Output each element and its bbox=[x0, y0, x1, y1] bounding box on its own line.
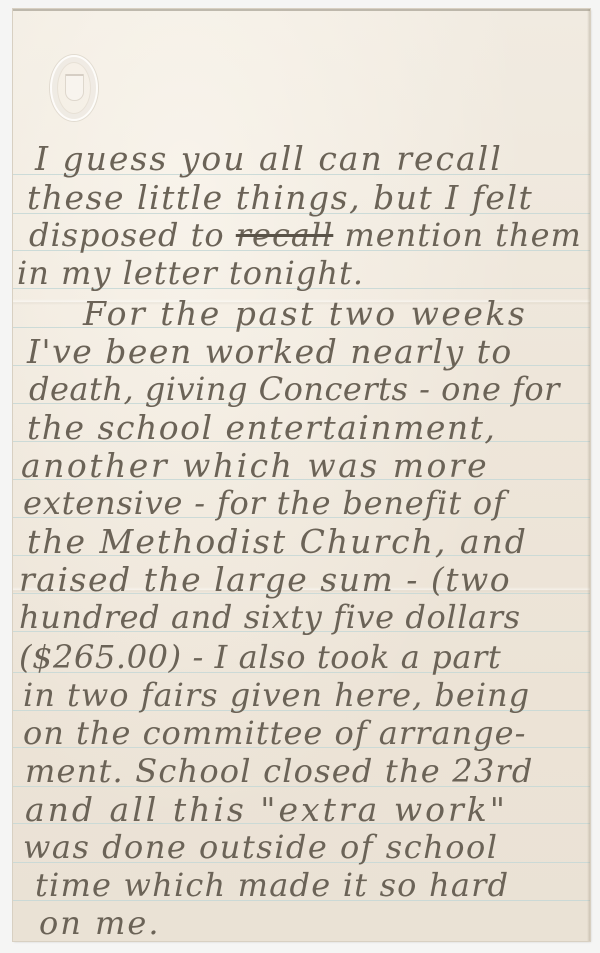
struck-word: recall bbox=[236, 216, 334, 254]
document-viewer: I guess you all can recall these little … bbox=[0, 0, 600, 953]
letter-line: disposed to recall mention them bbox=[29, 219, 582, 251]
letter-line: ($265.00) - I also took a part bbox=[19, 641, 501, 673]
letter-line: I've been worked nearly to bbox=[27, 335, 513, 368]
shield-icon bbox=[65, 74, 84, 101]
letter-line: was done outside of school bbox=[23, 831, 499, 863]
letter-line: extensive - for the benefit of bbox=[23, 487, 506, 519]
letter-line: the Methodist Church, and bbox=[27, 525, 528, 558]
letter-line: raised the large sum - (two bbox=[19, 563, 511, 596]
letter-line: ment. School closed the 23rd bbox=[25, 755, 534, 787]
letter-line-closing: on me. bbox=[39, 907, 161, 939]
letter-line: time which made it so hard bbox=[35, 869, 509, 901]
letter-page: I guess you all can recall these little … bbox=[13, 9, 590, 941]
letter-line-paragraph-start: For the past two weeks bbox=[83, 297, 527, 330]
embossed-seal-icon bbox=[50, 55, 98, 121]
letter-line: I guess you all can recall bbox=[35, 142, 503, 175]
letter-line: death, giving Concerts - one for bbox=[29, 373, 560, 405]
letter-line: another which was more bbox=[21, 449, 489, 482]
letter-line: and all this "extra work" bbox=[25, 793, 508, 826]
letter-line: these little things, but I felt bbox=[27, 181, 533, 214]
letter-line: in my letter tonight. bbox=[17, 257, 364, 289]
letter-line: hundred and sixty five dollars bbox=[19, 601, 521, 633]
letter-line: in two fairs given here, being bbox=[23, 679, 530, 711]
letter-line: on the committee of arrange- bbox=[23, 717, 526, 749]
letter-line: the school entertainment, bbox=[27, 411, 496, 444]
